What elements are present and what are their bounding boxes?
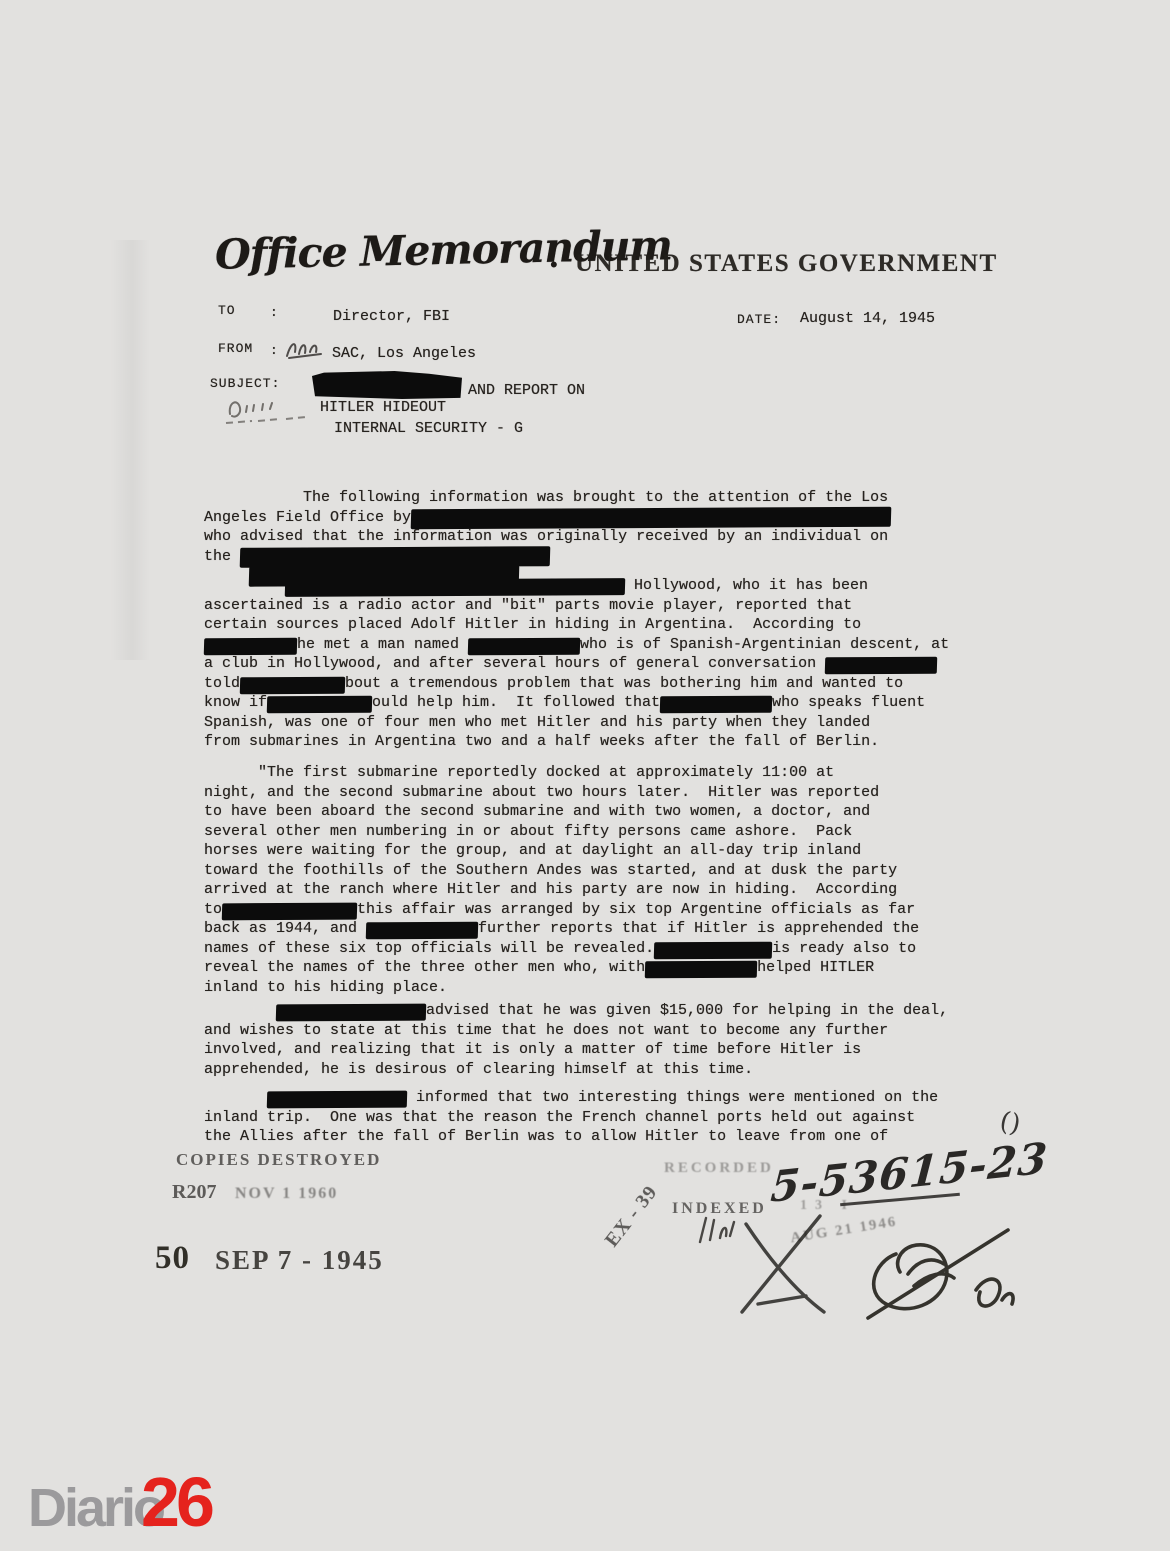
memo-line: The following information was brought to…: [204, 488, 994, 508]
memo-text: back as 1944, and: [204, 920, 366, 937]
routing-date-stamp: SEP 7 - 1945: [215, 1245, 384, 1276]
paragraph-1: The following information was brought to…: [204, 488, 994, 586]
memo-text: [204, 1089, 267, 1106]
redaction-bar: [468, 637, 581, 655]
memo-text: who is of Spanish-Argentinian descent, a…: [580, 636, 949, 653]
memo-line: "The first submarine reportedly docked a…: [204, 763, 994, 783]
memo-line: back as 1944, and further reports that i…: [204, 919, 994, 939]
to-label: TO: [218, 303, 236, 318]
date-label: DATE:: [737, 312, 781, 327]
routing-number-stamp: 50: [155, 1240, 190, 1277]
diario26-logo: Diario 26: [28, 1462, 211, 1542]
memo-line: Spanish, was one of four men who met Hit…: [204, 713, 994, 733]
margin-mark: (): [997, 1106, 1023, 1140]
from-value: SAC, Los Angeles: [332, 345, 476, 362]
memo-text: involved, and realizing that it is only …: [204, 1041, 861, 1058]
memo-line: Hollywood, who it has been: [204, 576, 994, 596]
redaction-bar: [411, 506, 892, 529]
memo-text: informed that two interesting things wer…: [407, 1089, 938, 1106]
memo-text: is ready also to: [772, 940, 916, 957]
redaction-bar: [240, 676, 346, 694]
memo-text: night, and the second submarine about tw…: [204, 784, 879, 801]
memo-text: from submarines in Argentina two and a h…: [204, 733, 879, 750]
memo-text: Spanish, was one of four men who met Hit…: [204, 714, 870, 731]
memo-line: who advised that the information was ori…: [204, 527, 994, 547]
memo-text: Angeles Field Office by: [204, 509, 411, 526]
destroyed-date-stamp: NOV 1 1960: [235, 1185, 338, 1203]
memo-text: apprehended, he is desirous of clearing …: [204, 1061, 753, 1078]
paragraph-5: informed that two interesting things wer…: [204, 1088, 994, 1147]
to-colon: :: [270, 305, 279, 320]
memo-text: and wishes to state at this time that he…: [204, 1022, 888, 1039]
letterhead-org: UNITED STATES GOVERNMENT: [575, 250, 998, 278]
memo-text: ould help him. It followed that: [372, 694, 660, 711]
memo-text: The following information was brought to…: [204, 489, 888, 506]
redaction-bar: [267, 1091, 408, 1109]
memo-text: helped HITLER: [757, 959, 874, 976]
redaction-bar: [645, 961, 758, 979]
memo-line: toward the foothills of the Southern And…: [204, 861, 994, 881]
logo-text-red: 26: [141, 1462, 211, 1542]
memo-text: the: [204, 548, 240, 565]
redaction-bar: [366, 922, 479, 940]
handwritten-annotation-scribble: [222, 394, 334, 428]
memo-line: night, and the second submarine about tw…: [204, 783, 994, 803]
memo-text: [204, 577, 285, 594]
memo-text: who advised that the information was ori…: [204, 528, 888, 545]
memo-line: and wishes to state at this time that he…: [204, 1021, 994, 1041]
memo-text: reveal the names of the three other men …: [204, 959, 645, 976]
redaction-bar: [654, 941, 773, 959]
memo-text: this affair was arranged by six top Arge…: [357, 901, 915, 918]
subject-after-redaction: AND REPORT ON: [468, 382, 585, 399]
memo-line: know ifould help him. It followed thatwh…: [204, 693, 994, 713]
memo-text: inland to his hiding place.: [204, 979, 447, 996]
date-value: August 14, 1945: [800, 310, 935, 327]
memo-text: certain sources placed Adolf Hitler in h…: [204, 616, 861, 633]
redaction-bar: [204, 637, 298, 654]
memo-line: tothis affair was arranged by six top Ar…: [204, 900, 994, 920]
memo-line: the Allies after the fall of Berlin was …: [204, 1127, 994, 1147]
subject-redaction-bar: [312, 371, 462, 399]
memo-text: Hollywood, who it has been: [625, 577, 868, 594]
memo-line: a club in Hollywood, and after several h…: [204, 654, 994, 674]
from-label: FROM: [218, 341, 253, 356]
memo-text: the Allies after the fall of Berlin was …: [204, 1128, 888, 1145]
memo-line: informed that two interesting things wer…: [204, 1088, 994, 1108]
letterhead-bullet: •: [550, 252, 558, 278]
memo-line: horses were waiting for the group, and a…: [204, 841, 994, 861]
memo-text: ascertained is a radio actor and "bit" p…: [204, 597, 852, 614]
subject-label: SUBJECT:: [210, 376, 280, 391]
handwritten-initials-scribble: [283, 334, 335, 362]
memo-line: inland trip. One was that the reason the…: [204, 1108, 994, 1128]
memo-line: names of these six top officials will be…: [204, 939, 994, 959]
memo-text: he met a man named: [297, 636, 468, 653]
memo-text: to: [204, 901, 222, 918]
recorded-stamp: RECORDED: [664, 1160, 774, 1177]
paragraph-2: Hollywood, who it has beenascertained is…: [204, 576, 994, 752]
to-value: Director, FBI: [333, 308, 450, 325]
redaction-bar: [267, 696, 373, 714]
memo-text: [204, 1002, 276, 1019]
memo-text: advised that he was given $15,000 for he…: [426, 1002, 948, 1019]
redaction-bar: [222, 902, 358, 920]
memo-line: reveal the names of the three other men …: [204, 958, 994, 978]
paragraph-4: advised that he was given $15,000 for he…: [204, 1001, 994, 1079]
subject-line3: INTERNAL SECURITY - G: [334, 420, 523, 437]
ex39-stamp: EX - 39: [601, 1181, 663, 1251]
memo-line: certain sources placed Adolf Hitler in h…: [204, 615, 994, 635]
memo-line: the: [204, 547, 994, 567]
destroyed-code-stamp: R207: [172, 1181, 216, 1204]
memo-text: names of these six top officials will be…: [204, 940, 654, 957]
cross-scrawl: [728, 1208, 838, 1318]
redaction-bar: [240, 546, 551, 568]
memo-line: toldbout a tremendous problem that was b…: [204, 674, 994, 694]
memo-text: told: [204, 675, 240, 692]
from-colon: :: [270, 343, 279, 358]
memo-text: who speaks fluent: [772, 694, 925, 711]
memo-line: from submarines in Argentina two and a h…: [204, 732, 994, 752]
signature-scrawl: [856, 1212, 1021, 1322]
redaction-bar: [276, 1004, 427, 1022]
memo-text: a club in Hollywood, and after several h…: [204, 655, 825, 672]
redaction-bar: [660, 696, 773, 714]
memo-line: involved, and realizing that it is only …: [204, 1040, 994, 1060]
memo-text: arrived at the ranch where Hitler and hi…: [204, 881, 897, 898]
copies-destroyed-stamp: COPIES DESTROYED: [176, 1150, 381, 1170]
memo-line: he met a man named who is of Spanish-Arg…: [204, 635, 994, 655]
redaction-bar: [285, 578, 626, 597]
memo-text: toward the foothills of the Southern And…: [204, 862, 897, 879]
memo-text: "The first submarine reportedly docked a…: [204, 764, 834, 781]
subject-line2: HITLER HIDEOUT: [320, 399, 446, 416]
memo-text: further reports that if Hitler is appreh…: [478, 920, 919, 937]
memo-line: to have been aboard the second submarine…: [204, 802, 994, 822]
memo-line: ascertained is a radio actor and "bit" p…: [204, 596, 994, 616]
screenshot-root: Office Memorandum • UNITED STATES GOVERN…: [0, 0, 1170, 1551]
memo-text: several other men numbering in or about …: [204, 823, 852, 840]
document-scan: Office Memorandum • UNITED STATES GOVERN…: [0, 0, 1170, 1400]
memo-line: several other men numbering in or about …: [204, 822, 994, 842]
memo-line: inland to his hiding place.: [204, 978, 994, 998]
memo-text: bout a tremendous problem that was bothe…: [345, 675, 903, 692]
memo-text: know if: [204, 694, 267, 711]
paragraph-3: "The first submarine reportedly docked a…: [204, 763, 994, 997]
memo-text: inland trip. One was that the reason the…: [204, 1109, 915, 1126]
memo-line: arrived at the ranch where Hitler and hi…: [204, 880, 994, 900]
memo-line: advised that he was given $15,000 for he…: [204, 1001, 994, 1021]
memo-text: horses were waiting for the group, and a…: [204, 842, 861, 859]
memo-line: apprehended, he is desirous of clearing …: [204, 1060, 994, 1080]
redaction-bar: [825, 657, 938, 675]
memo-text: to have been aboard the second submarine…: [204, 803, 870, 820]
memo-line: Angeles Field Office by: [204, 508, 994, 528]
